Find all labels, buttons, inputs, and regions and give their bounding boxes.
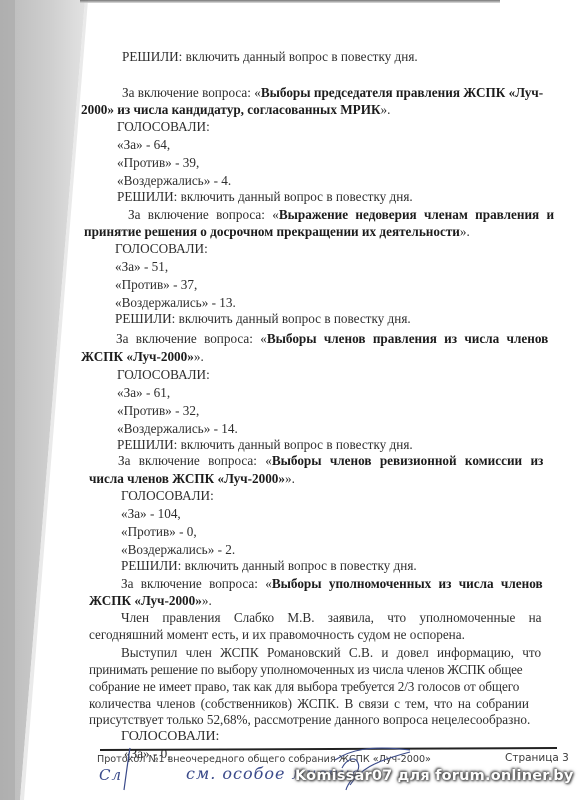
document-page: РЕШИЛИ: включить данный вопрос в повестк… — [0, 0, 581, 800]
voted-label: ГОЛОСОВАЛИ: — [115, 241, 208, 257]
vote-for: «За» - 51, — [115, 259, 168, 275]
paragraph-line: собрание не имеет право, так как для выб… — [89, 679, 519, 695]
agenda-item-heading: За включение вопроса: «Выборы членов рев… — [118, 453, 543, 469]
vote-against: «Против» - 37, — [115, 277, 197, 293]
vote-abstained: «Воздержались» - 2. — [121, 542, 235, 558]
agenda-item-heading-cont: ЖСПК «Луч-2000»». — [89, 593, 212, 609]
paragraph-line: количества членов (собственников) ЖСПК. … — [89, 696, 529, 712]
agenda-item-title: Выборы председателя правления ЖСПК «Луч- — [261, 85, 543, 100]
agenda-item-heading-cont: числа членов ЖСПК «Луч-2000»». — [89, 471, 295, 487]
voted-label: ГОЛОСОВАЛИ: — [117, 367, 210, 383]
decision-line: РЕШИЛИ: включить данный вопрос в повестк… — [115, 311, 411, 327]
paragraph-line: Выступил член ЖСПК Романовский С.В. и до… — [121, 645, 541, 661]
agenda-item-heading: За включение вопроса: «Выражение недовер… — [128, 207, 554, 223]
vote-for: «За» - 64, — [117, 137, 170, 153]
agenda-item-heading-cont: 2000» из числа кандидатур, согласованных… — [81, 102, 390, 118]
vote-against: «Против» - 39, — [117, 155, 199, 171]
paragraph-line: Член правления Слабко М.В. заявила, что … — [121, 610, 542, 626]
vote-abstained: «Воздержались» - 4. — [117, 173, 231, 189]
vote-abstained: «Воздержались» - 14. — [117, 421, 238, 437]
agenda-item-heading: За включение вопроса: «Выборы членов пра… — [116, 331, 548, 347]
decision-line: РЕШИЛИ: включить данный вопрос в повестк… — [121, 558, 417, 574]
agenda-item-title: Выражение недоверия членам правления и — [279, 207, 554, 222]
agenda-item-heading: За включение вопроса: «Выборы уполномоче… — [121, 576, 543, 592]
vote-abstained: «Воздержались» - 13. — [115, 295, 236, 311]
paragraph-line: сегодняшний момент есть, и их правомочно… — [89, 627, 465, 643]
agenda-item-title: Выборы уполномоченных из числа членов — [272, 576, 543, 591]
decision-line: РЕШИЛИ: включить данный вопрос в повестк… — [117, 189, 413, 205]
footer-page-number: Страница 3 — [505, 752, 569, 764]
voted-label: ГОЛОСОВАЛИ: — [117, 119, 210, 135]
agenda-item-heading-cont: принятие решения о досрочном прекращении… — [84, 224, 470, 240]
watermark: Komissar07 для forum.onliner.by — [295, 768, 574, 784]
agenda-item-title: Выборы членов ревизионной комиссии из — [272, 453, 544, 468]
paragraph-line: принимать решение по выбору уполномоченн… — [89, 662, 522, 678]
decision-line: РЕШИЛИ: включить данный вопрос в повестк… — [122, 49, 418, 65]
vote-for: «За» - 61, — [117, 385, 170, 401]
agenda-item-heading: За включение вопроса: «Выборы председате… — [122, 85, 543, 101]
paragraph-line: присутствует только 52,68%, рассмотрение… — [89, 712, 530, 728]
agenda-item-heading-cont: ЖСПК «Луч-2000»». — [81, 349, 204, 365]
vote-against: «Против» - 0, — [121, 524, 197, 540]
agenda-item-title: Выборы членов правления из числа членов — [267, 331, 548, 346]
voted-label: ГОЛОСОВАЛИ: — [121, 488, 214, 504]
decision-line: РЕШИЛИ: включить данный вопрос в повестк… — [117, 437, 413, 453]
vote-against: «Против» - 32, — [117, 403, 199, 419]
vote-for: «За» - 104, — [121, 506, 181, 522]
signature-strokes — [110, 730, 430, 800]
